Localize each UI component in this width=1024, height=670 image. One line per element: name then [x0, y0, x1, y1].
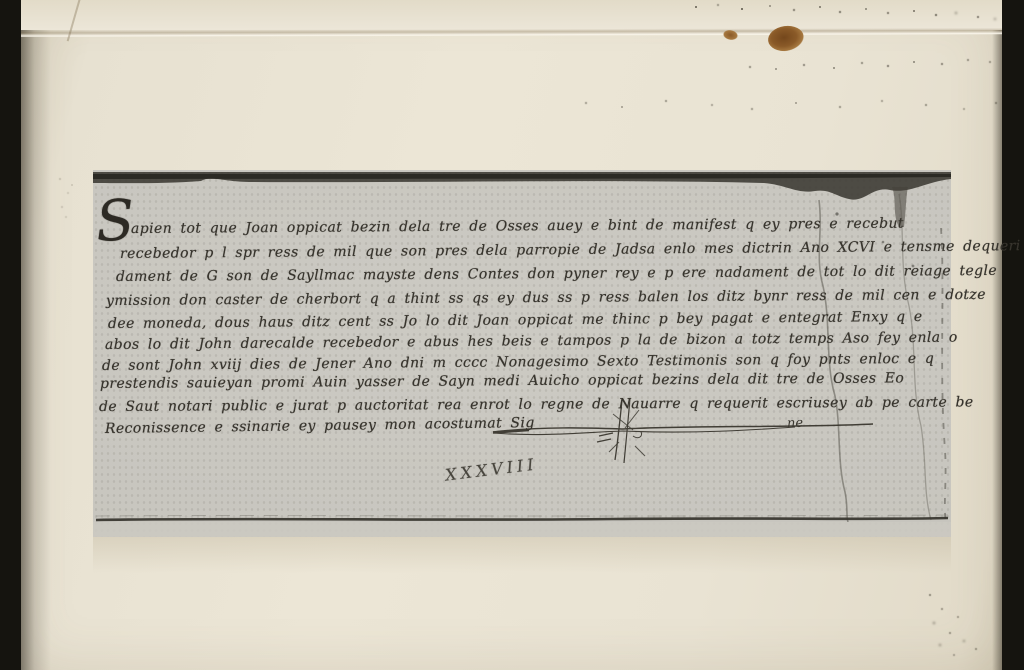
- signum-tail-letters: ne: [787, 416, 804, 432]
- decorated-initial: S: [95, 193, 136, 251]
- foxing-specks-bottom-right: [923, 586, 925, 588]
- gutter-shadow: [21, 0, 51, 670]
- foxing-specks-upper: [745, 58, 747, 60]
- underlying-page-edge: [21, 0, 1002, 30]
- foxing-specks-left-margin: [57, 172, 59, 174]
- foxing-specks-row: [581, 92, 583, 94]
- foxing-specks-top: [689, 4, 691, 6]
- page-edge-shadow: [992, 0, 1002, 670]
- parchment-bottom-edge: [96, 518, 948, 520]
- page-fold-line: [21, 28, 1002, 38]
- book-page: S apien tot que Joan oppicat bezin dela …: [21, 0, 1002, 670]
- plate-show-through-shadow: [93, 537, 951, 573]
- scanned-book-photograph: S apien tot que Joan oppicat bezin dela …: [0, 0, 1024, 670]
- photo-plate-facsimile: S apien tot que Joan oppicat bezin dela …: [93, 170, 951, 537]
